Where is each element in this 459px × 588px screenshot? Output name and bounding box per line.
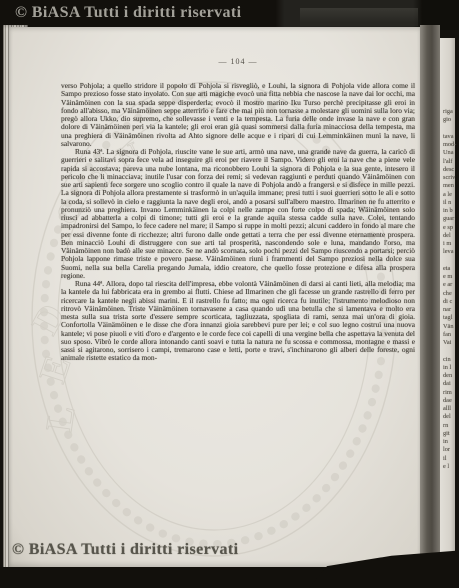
paragraph-runa-43: Runa 43ª. La signora di Pohjola, riuscit… xyxy=(61,148,415,280)
facing-page-text-fragments: riga gio tava mod- Una l'alf desc scriv … xyxy=(443,108,457,471)
stamp-letter: L xyxy=(38,403,83,434)
paragraph-continuation: verso Pohjola; a quello stridore il popo… xyxy=(61,82,415,148)
facing-page-sliver: riga gio tava mod- Una l'alf desc scriv … xyxy=(440,38,455,588)
book-page: C O N D E L — 104 — verso Pohjola; a que… xyxy=(9,27,421,567)
biasa-copyright-watermark-top: © BiASA Tutti i diritti riservati xyxy=(15,4,242,22)
page-number: — 104 — xyxy=(61,57,415,66)
biasa-copyright-watermark-bottom: © BiASA Tutti i diritti riservati xyxy=(12,541,239,559)
scanner-top-highlight xyxy=(300,8,418,26)
scanned-book-page-view: C O N D E L — 104 — verso Pohjola; a que… xyxy=(0,0,459,588)
page-text-block: verso Pohjola; a quello stridore il popo… xyxy=(61,82,415,363)
paragraph-runa-44: Runa 44ª. Allora, dopo tal riescita dell… xyxy=(61,280,415,363)
book-gutter-shadow xyxy=(420,25,440,588)
